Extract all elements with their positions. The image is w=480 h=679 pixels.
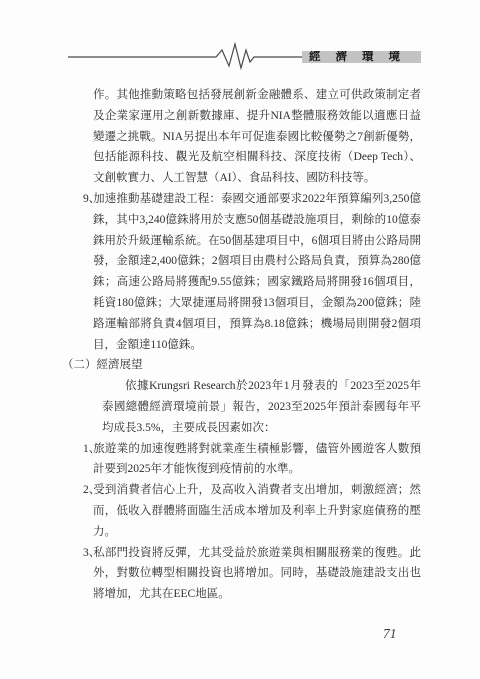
list-item-text: 加速推動基礎建設工程：泰國交通部要求2022年預算編列3,250億銖，其中3,2…	[93, 193, 421, 351]
section-heading: （二）經濟展望	[62, 355, 421, 376]
list-item-9: 9、加速推動基礎建設工程：泰國交通部要求2022年預算編列3,250億銖，其中3…	[93, 189, 421, 355]
paragraph-continuation: 作。其他推動策略包括發展創新金融體系、建立可供政策制定者及企業家運用之創新數據庫…	[93, 85, 421, 189]
list-item-1: 1、旅遊業的加速復甦將對就業產生積極影響，儘管外國遊客人數預計要到2025年才能…	[93, 439, 421, 481]
list-item-number: 9、	[83, 189, 93, 210]
list-item-number: 2、	[83, 480, 93, 501]
document-body: 作。其他推動策略包括發展創新金融體系、建立可供政策制定者及企業家運用之創新數據庫…	[0, 85, 480, 605]
list-item-text: 私部門投資將反彈，尤其受益於旅遊業與相關服務業的復甦。此外，對數位轉型相關投資也…	[93, 547, 421, 601]
list-item-2: 2、受到消費者信心上升，及高收入消費者支出增加，刺激經濟；然而，低收入群體將面臨…	[93, 480, 421, 542]
list-item-text: 受到消費者信心上升，及高收入消費者支出增加，刺激經濟；然而，低收入群體將面臨生活…	[93, 484, 421, 538]
list-item-number: 1、	[83, 439, 93, 460]
page-number: 71	[383, 626, 397, 642]
paragraph-outlook: 依據Krungsri Research於2023年1月發表的「2023至2025…	[102, 376, 421, 438]
list-item-text: 旅遊業的加速復甦將對就業產生積極影響，儘管外國遊客人數預計要到2025年才能恢復…	[93, 443, 421, 476]
list-item-3: 3、私部門投資將反彈，尤其受益於旅遊業與相關服務業的復甦。此外，對數位轉型相關投…	[93, 543, 421, 605]
document-page: 經濟環境 作。其他推動策略包括發展創新金融體系、建立可供政策制定者及企業家運用之…	[0, 0, 480, 679]
list-item-number: 3、	[83, 543, 93, 564]
page-header-title: 經濟環境	[302, 51, 421, 63]
